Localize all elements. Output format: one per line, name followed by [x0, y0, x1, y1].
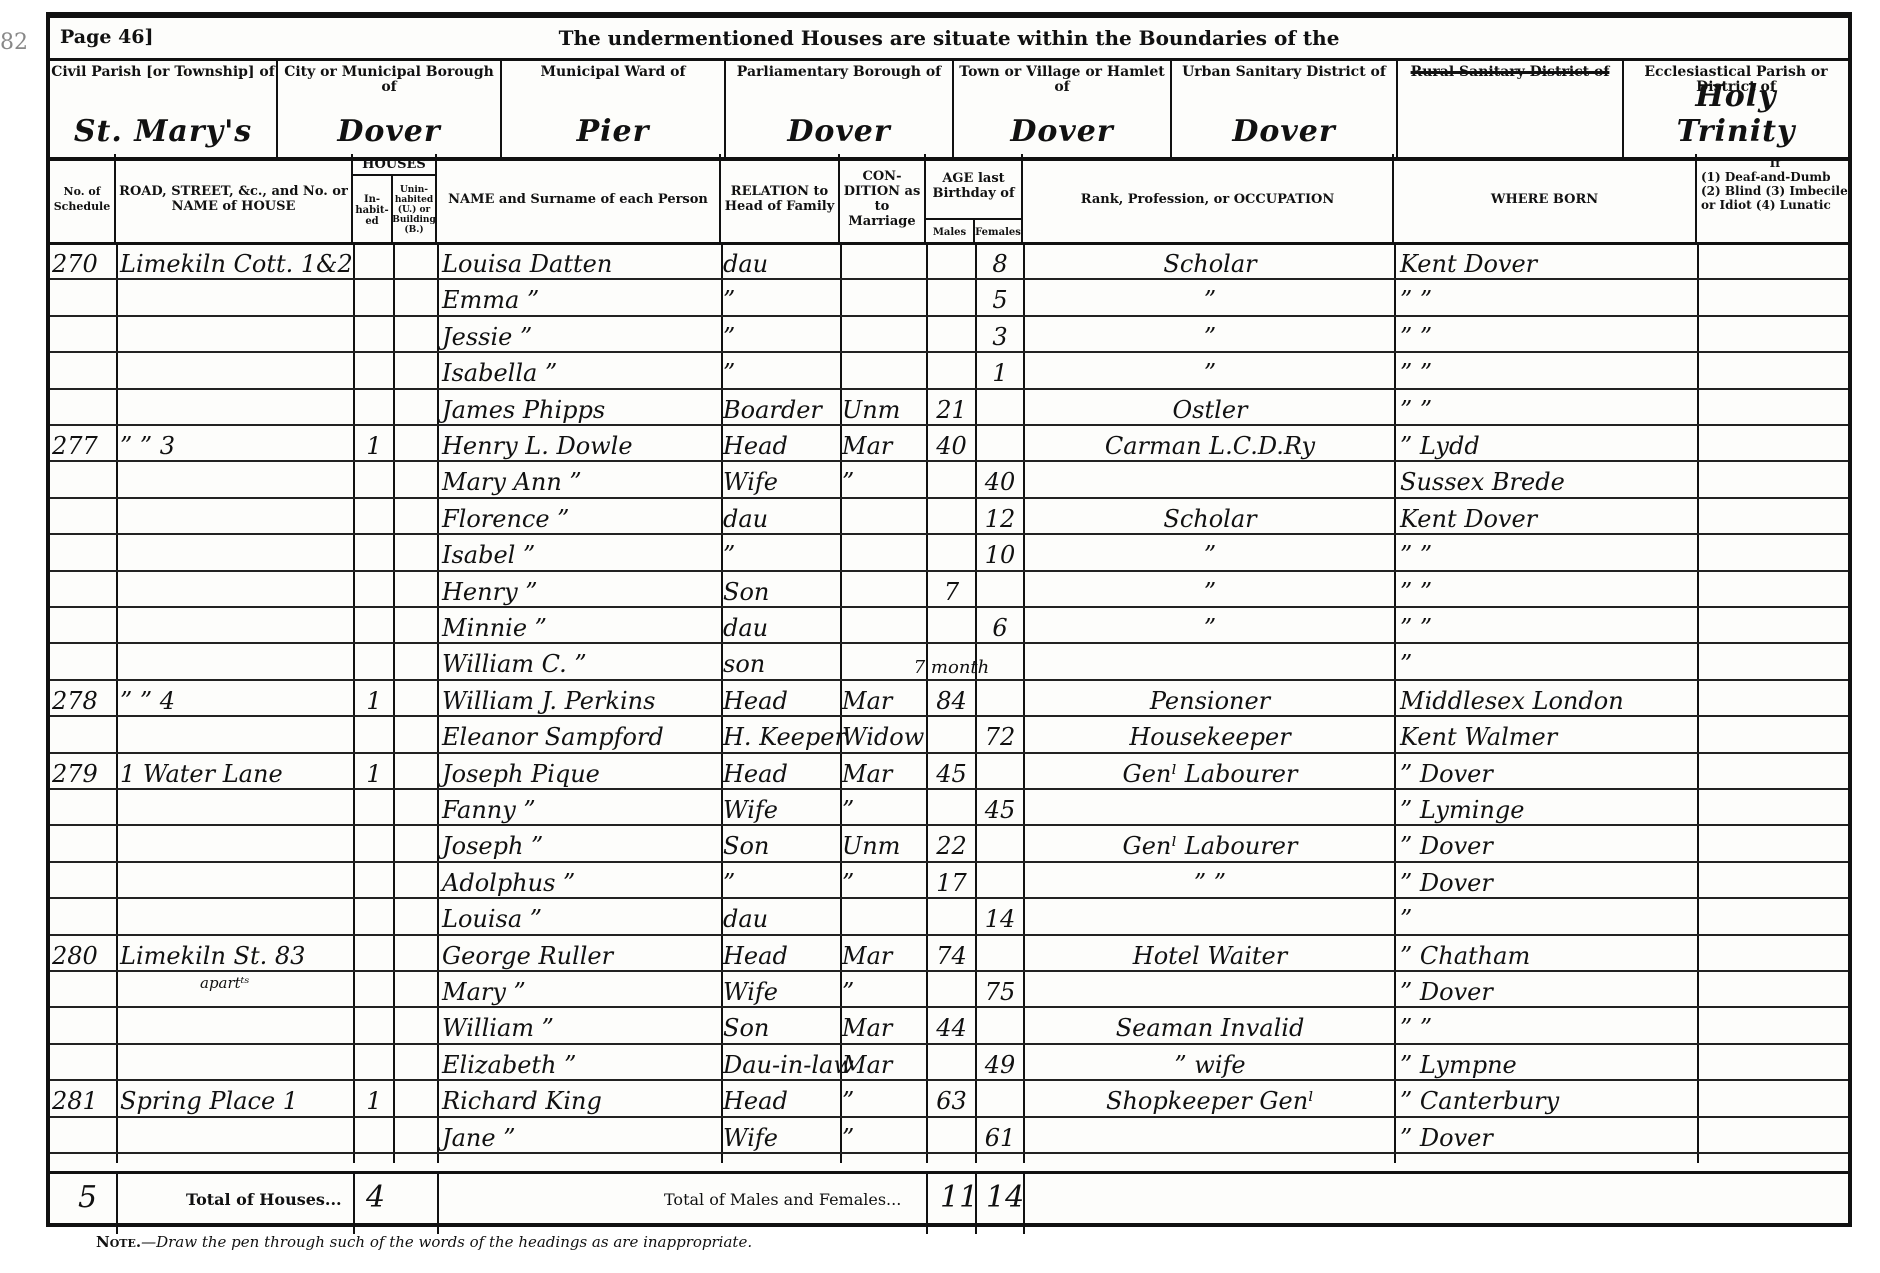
total-females-value: 14: [986, 1180, 1024, 1215]
cell-female-age: 40: [977, 462, 1023, 498]
cell-address: [120, 1008, 350, 1044]
cell-condition: [842, 535, 926, 571]
cell-name: Louisa Datten: [442, 244, 720, 280]
cell-inhabited: 1: [355, 681, 393, 717]
cell-occupation: [1030, 462, 1390, 498]
cell-male-age: [928, 317, 975, 353]
cell-female-age: [977, 681, 1023, 717]
district-ecclesiastical: Ecclesiastical Parish or District of Hol…: [1624, 61, 1848, 157]
cell-relation: Head: [723, 936, 839, 972]
table-row: Jane ”Wife”61” Dover: [50, 1118, 1848, 1154]
cell-relation: ”: [723, 353, 839, 389]
cell-schedule: 277: [52, 426, 116, 462]
cell-condition: ”: [842, 1118, 926, 1154]
col-infirmity: If (1) Deaf-and-Dumb (2) Blind (3) Imbec…: [1697, 154, 1849, 244]
cell-occupation: Seaman Invalid: [1030, 1008, 1390, 1044]
cell-inhabited: [355, 244, 393, 280]
district-parliamentary-borough: Parliamentary Borough of Dover: [726, 61, 954, 157]
cell-occupation: ”: [1030, 535, 1390, 571]
cell-address: [120, 535, 350, 571]
census-table: No. of Schedule ROAD, STREET, &c., and N…: [50, 154, 1848, 1223]
cell-condition: [842, 499, 926, 535]
cell-female-age: 12: [977, 499, 1023, 535]
table-row: Minnie ”dau6”” ”: [50, 608, 1848, 644]
cell-occupation: ” ”: [1030, 863, 1390, 899]
cell-schedule: [52, 717, 116, 753]
cell-male-age: 84: [928, 681, 975, 717]
table-row: 281Spring Place 11Richard KingHead”63Sho…: [50, 1081, 1848, 1117]
cell-name: Henry ”: [442, 572, 720, 608]
divider: [926, 1174, 928, 1234]
cell-condition: Mar: [842, 1045, 926, 1081]
cell-name: Joseph Pique: [442, 754, 720, 790]
cell-name: Richard King: [442, 1081, 720, 1117]
cell-name: James Phipps: [442, 390, 720, 426]
divider: [353, 1174, 355, 1234]
col-condition: CON-DITION as to Marriage: [840, 154, 926, 244]
cell-name: Henry L. Dowle: [442, 426, 720, 462]
district-urban-sanitary: Urban Sanitary District of Dover: [1172, 61, 1398, 157]
district-municipal-ward: Municipal Ward of Pier: [502, 61, 726, 157]
cell-condition: ”: [842, 462, 926, 498]
cell-schedule: [52, 790, 116, 826]
cell-relation: Head: [723, 426, 839, 462]
district-rural-sanitary: Rural Sanitary District of: [1398, 61, 1624, 157]
cell-male-age: [928, 499, 975, 535]
cell-name: Joseph ”: [442, 826, 720, 862]
cell-name: Adolphus ”: [442, 863, 720, 899]
cell-female-age: 1: [977, 353, 1023, 389]
cell-female-age: 49: [977, 1045, 1023, 1081]
cell-male-age: 63: [928, 1081, 975, 1117]
table-row: Adolphus ”””17” ”” Dover: [50, 863, 1848, 899]
cell-condition: [842, 317, 926, 353]
cell-name: George Ruller: [442, 936, 720, 972]
cell-occupation: Scholar: [1030, 244, 1390, 280]
table-row: 278” ” 41William J. PerkinsHeadMar84Pens…: [50, 681, 1848, 717]
cell-schedule: [52, 280, 116, 316]
total-persons-label: Total of Males and Females...: [664, 1190, 901, 1209]
cell-schedule: 270: [52, 244, 116, 280]
cell-birthplace: ” ”: [1400, 317, 1695, 353]
total-houses-value: 4: [366, 1180, 385, 1215]
cell-birthplace: ” Lyminge: [1400, 790, 1695, 826]
cell-address: [120, 572, 350, 608]
cell-occupation: ”: [1030, 353, 1390, 389]
divider: [116, 1174, 118, 1234]
cell-birthplace: Sussex Brede: [1400, 462, 1695, 498]
cell-relation: Wife: [723, 462, 839, 498]
table-row: Joseph ”SonUnm22Genˡ Labourer” Dover: [50, 826, 1848, 862]
cell-address: [120, 790, 350, 826]
cell-inhabited: [355, 863, 393, 899]
cell-occupation: Carman L.C.D.Ry: [1030, 426, 1390, 462]
cell-inhabited: 1: [355, 1081, 393, 1117]
cell-condition: Unm: [842, 390, 926, 426]
cell-female-age: 3: [977, 317, 1023, 353]
cell-female-age: 14: [977, 899, 1023, 935]
cell-female-age: [977, 936, 1023, 972]
cell-birthplace: ” Dover: [1400, 863, 1695, 899]
col-birthplace: WHERE BORN: [1394, 154, 1697, 244]
cell-birthplace: ” Dover: [1400, 754, 1695, 790]
cell-occupation: Shopkeeper Genˡ: [1030, 1081, 1390, 1117]
cell-birthplace: ” Chatham: [1400, 936, 1695, 972]
cell-inhabited: [355, 936, 393, 972]
cell-address: [120, 899, 350, 935]
cell-male-age: 45: [928, 754, 975, 790]
table-row: James PhippsBoarderUnm21Ostler” ”: [50, 390, 1848, 426]
col-females: Females: [975, 220, 1023, 244]
cell-relation: Son: [723, 1008, 839, 1044]
cell-male-age: 74: [928, 936, 975, 972]
cell-occupation: [1030, 644, 1390, 680]
cell-inhabited: [355, 899, 393, 935]
district-town: Town or Village or Hamlet of Dover: [954, 61, 1172, 157]
cell-schedule: [52, 499, 116, 535]
cell-birthplace: ” Lydd: [1400, 426, 1695, 462]
cell-schedule: [52, 1008, 116, 1044]
cell-male-age: [928, 790, 975, 826]
cell-male-age: [928, 717, 975, 753]
cell-address: ” ” 4: [120, 681, 350, 717]
cell-inhabited: [355, 353, 393, 389]
cell-birthplace: ” Dover: [1400, 826, 1695, 862]
cell-occupation: [1030, 899, 1390, 935]
cell-name: William ”: [442, 1008, 720, 1044]
cell-birthplace: ”: [1400, 899, 1695, 935]
cell-inhabited: [355, 644, 393, 680]
cell-name: Jessie ”: [442, 317, 720, 353]
cell-inhabited: [355, 572, 393, 608]
cell-name: Emma ”: [442, 280, 720, 316]
cell-birthplace: ” ”: [1400, 535, 1695, 571]
cell-relation: ”: [723, 317, 839, 353]
cell-address: [120, 644, 350, 680]
cell-condition: ”: [842, 790, 926, 826]
district-header: Civil Parish [or Township] of St. Mary's…: [50, 58, 1848, 161]
cell-schedule: [52, 863, 116, 899]
cell-name: Elizabeth ”: [442, 1045, 720, 1081]
total-houses-label: Total of Houses...: [186, 1190, 342, 1209]
total-schedules: 5: [78, 1180, 97, 1215]
cell-schedule: [52, 390, 116, 426]
cell-female-age: 75: [977, 972, 1023, 1008]
cell-name: Eleanor Sampford: [442, 717, 720, 753]
table-row: Isabella ””1”” ”: [50, 353, 1848, 389]
cell-male-age: [928, 462, 975, 498]
cell-relation: ”: [723, 863, 839, 899]
cell-schedule: 278: [52, 681, 116, 717]
cell-name: Jane ”: [442, 1118, 720, 1154]
cell-schedule: [52, 572, 116, 608]
cell-inhabited: [355, 790, 393, 826]
cell-condition: [842, 572, 926, 608]
cell-condition: Mar: [842, 754, 926, 790]
cell-relation: ”: [723, 280, 839, 316]
cell-occupation: Genˡ Labourer: [1030, 754, 1390, 790]
census-sheet: Page 46] The undermentioned Houses are s…: [46, 12, 1852, 1227]
cell-name: Minnie ”: [442, 608, 720, 644]
cell-male-age: [928, 608, 975, 644]
cell-occupation: ” wife: [1030, 1045, 1390, 1081]
cell-occupation: [1030, 790, 1390, 826]
cell-male-age: 44: [928, 1008, 975, 1044]
cell-male-age: [928, 244, 975, 280]
cell-address: [120, 280, 350, 316]
table-row: Louisa ”dau14”: [50, 899, 1848, 935]
cell-name: Mary Ann ”: [442, 462, 720, 498]
cell-relation: Head: [723, 681, 839, 717]
table-row: 280Limekiln St. 83George RullerHeadMar74…: [50, 936, 1848, 972]
page-edge-mark: 82: [0, 30, 28, 55]
cell-female-age: 6: [977, 608, 1023, 644]
cell-birthplace: ” Canterbury: [1400, 1081, 1695, 1117]
cell-name: Fanny ”: [442, 790, 720, 826]
cell-address: [120, 390, 350, 426]
cell-address: [120, 353, 350, 389]
cell-address: [120, 972, 350, 1008]
cell-condition: [842, 244, 926, 280]
cell-condition: ”: [842, 1081, 926, 1117]
cell-name: Isabella ”: [442, 353, 720, 389]
table-row: William ”SonMar44Seaman Invalid” ”: [50, 1008, 1848, 1044]
cell-name: Isabel ”: [442, 535, 720, 571]
cell-birthplace: Middlesex London: [1400, 681, 1695, 717]
cell-relation: Son: [723, 826, 839, 862]
cell-relation: dau: [723, 608, 839, 644]
cell-birthplace: ” Dover: [1400, 1118, 1695, 1154]
cell-schedule: [52, 462, 116, 498]
cell-condition: Mar: [842, 426, 926, 462]
cell-inhabited: [355, 462, 393, 498]
cell-female-age: [977, 1081, 1023, 1117]
cell-occupation: [1030, 972, 1390, 1008]
table-row: 270Limekiln Cott. 1&2Louisa Dattendau8Sc…: [50, 244, 1848, 280]
cell-schedule: [52, 899, 116, 935]
cell-condition: ”: [842, 972, 926, 1008]
cell-address: [120, 1118, 350, 1154]
cell-condition: Unm: [842, 826, 926, 862]
cell-birthplace: Kent Dover: [1400, 499, 1695, 535]
cell-occupation: ”: [1030, 572, 1390, 608]
totals-row: 5 Total of Houses... 4 Total of Males an…: [50, 1171, 1848, 1234]
cell-inhabited: [355, 972, 393, 1008]
cell-male-age: [928, 1045, 975, 1081]
cell-inhabited: [355, 1118, 393, 1154]
col-occupation: Rank, Profession, or OCCUPATION: [1023, 154, 1394, 244]
cell-birthplace: ” Dover: [1400, 972, 1695, 1008]
cell-relation: Wife: [723, 790, 839, 826]
divider: [437, 1174, 439, 1234]
cell-female-age: [977, 390, 1023, 426]
cell-occupation: [1030, 1118, 1390, 1154]
cell-address: Limekiln Cott. 1&2: [120, 244, 350, 280]
cell-inhabited: 1: [355, 426, 393, 462]
cell-schedule: [52, 535, 116, 571]
col-schedule: No. of Schedule: [50, 154, 116, 244]
table-row: Isabel ””10”” ”: [50, 535, 1848, 571]
cell-relation: Head: [723, 1081, 839, 1117]
cell-schedule: [52, 972, 116, 1008]
cell-address: [120, 317, 350, 353]
table-row: Mary Ann ”Wife”40Sussex Brede: [50, 462, 1848, 498]
col-address: ROAD, STREET, &c., and No. or NAME of HO…: [116, 154, 353, 244]
cell-address: [120, 499, 350, 535]
cell-condition: Mar: [842, 681, 926, 717]
cell-inhabited: [355, 499, 393, 535]
cell-male-age: [928, 972, 975, 1008]
cell-inhabited: [355, 280, 393, 316]
cell-male-age: 7: [928, 572, 975, 608]
col-relation: RELATION to Head of Family: [721, 154, 840, 244]
cell-birthplace: ” Lympne: [1400, 1045, 1695, 1081]
cell-inhabited: [355, 1008, 393, 1044]
cell-inhabited: [355, 826, 393, 862]
cell-female-age: 8: [977, 244, 1023, 280]
cell-male-age: 7 month: [928, 644, 975, 680]
cell-birthplace: Kent Dover: [1400, 244, 1695, 280]
cell-male-age: [928, 535, 975, 571]
cell-female-age: [977, 644, 1023, 680]
cell-relation: Dau-in-law: [723, 1045, 839, 1081]
cell-condition: [842, 280, 926, 316]
cell-relation: Wife: [723, 1118, 839, 1154]
cell-schedule: [52, 353, 116, 389]
cell-occupation: ”: [1030, 280, 1390, 316]
page-banner: The undermentioned Houses are situate wi…: [50, 26, 1848, 50]
cell-occupation: Pensioner: [1030, 681, 1390, 717]
col-houses: HOUSES: [353, 154, 437, 176]
cell-address: Spring Place 1: [120, 1081, 350, 1117]
cell-address: [120, 608, 350, 644]
cell-occupation: Hotel Waiter: [1030, 936, 1390, 972]
cell-condition: Mar: [842, 1008, 926, 1044]
cell-name: Florence ”: [442, 499, 720, 535]
cell-occupation: ”: [1030, 317, 1390, 353]
table-row: 277” ” 31Henry L. DowleHeadMar40Carman L…: [50, 426, 1848, 462]
cell-female-age: 10: [977, 535, 1023, 571]
cell-male-age: 40: [928, 426, 975, 462]
cell-female-age: [977, 572, 1023, 608]
cell-male-age: 22: [928, 826, 975, 862]
table-row: Jessie ””3”” ”: [50, 317, 1848, 353]
cell-birthplace: ”: [1400, 644, 1695, 680]
cell-relation: dau: [723, 899, 839, 935]
cell-inhabited: [355, 535, 393, 571]
cell-inhabited: 1: [355, 754, 393, 790]
cell-occupation: Genˡ Labourer: [1030, 826, 1390, 862]
col-inhabited: In-habit-ed: [353, 176, 393, 244]
cell-schedule: [52, 644, 116, 680]
cell-address: [120, 717, 350, 753]
cell-schedule: [52, 826, 116, 862]
col-uninhabited: Unin-habited (U.) or Building (B.): [393, 176, 437, 244]
cell-condition: [842, 899, 926, 935]
table-row: 2791 Water Lane1Joseph PiqueHeadMar45Gen…: [50, 754, 1848, 790]
cell-male-age: [928, 280, 975, 316]
cell-schedule: 281: [52, 1081, 116, 1117]
cell-occupation: Scholar: [1030, 499, 1390, 535]
cell-female-age: [977, 863, 1023, 899]
cell-female-age: [977, 426, 1023, 462]
cell-female-age: [977, 1008, 1023, 1044]
cell-birthplace: ” ”: [1400, 280, 1695, 316]
cell-relation: son: [723, 644, 839, 680]
cell-address: ” ” 3: [120, 426, 350, 462]
cell-birthplace: Kent Walmer: [1400, 717, 1695, 753]
cell-male-age: [928, 899, 975, 935]
cell-condition: ”: [842, 863, 926, 899]
cell-schedule: 279: [52, 754, 116, 790]
col-name: NAME and Surname of each Person: [437, 154, 721, 244]
cell-female-age: 61: [977, 1118, 1023, 1154]
col-males: Males: [926, 220, 975, 244]
cell-name: William C. ”: [442, 644, 720, 680]
col-age: AGE last Birthday of: [926, 154, 1023, 220]
table-row: Elizabeth ”Dau-in-lawMar49” wife” Lympne: [50, 1045, 1848, 1081]
cell-relation: ”: [723, 535, 839, 571]
cell-address: [120, 1045, 350, 1081]
cell-female-age: [977, 826, 1023, 862]
table-row: Florence ”dau12ScholarKent Dover: [50, 499, 1848, 535]
cell-occupation: Housekeeper: [1030, 717, 1390, 753]
table-row: Henry ”Son7”” ”: [50, 572, 1848, 608]
cell-condition: Mar: [842, 936, 926, 972]
cell-condition: Widow: [842, 717, 926, 753]
cell-schedule: 280: [52, 936, 116, 972]
cell-male-age: [928, 353, 975, 389]
table-row: Emma ””5”” ”: [50, 280, 1848, 316]
table-row: Fanny ”Wife”45” Lyminge: [50, 790, 1848, 826]
district-civil-parish: Civil Parish [or Township] of St. Mary's: [50, 61, 278, 157]
table-row: Mary ”Wife”75” Dover: [50, 972, 1848, 1008]
table-row: Eleanor SampfordH. KeeperWidow72Housekee…: [50, 717, 1848, 753]
cell-birthplace: ” ”: [1400, 608, 1695, 644]
cell-male-age: 17: [928, 863, 975, 899]
cell-address: [120, 863, 350, 899]
cell-birthplace: ” ”: [1400, 390, 1695, 426]
cell-inhabited: [355, 390, 393, 426]
cell-relation: Boarder: [723, 390, 839, 426]
cell-birthplace: ” ”: [1400, 353, 1695, 389]
cell-inhabited: [355, 608, 393, 644]
district-municipal-borough: City or Municipal Borough of Dover: [278, 61, 502, 157]
cell-schedule: [52, 317, 116, 353]
cell-name: William J. Perkins: [442, 681, 720, 717]
cell-relation: dau: [723, 244, 839, 280]
footnote: Note.—Draw the pen through such of the w…: [96, 1233, 752, 1251]
cell-relation: dau: [723, 499, 839, 535]
cell-inhabited: [355, 317, 393, 353]
cell-name: Louisa ”: [442, 899, 720, 935]
cell-occupation: Ostler: [1030, 390, 1390, 426]
cell-birthplace: ” ”: [1400, 1008, 1695, 1044]
cell-female-age: [977, 754, 1023, 790]
cell-schedule: [52, 1045, 116, 1081]
cell-male-age: [928, 1118, 975, 1154]
cell-birthplace: ” ”: [1400, 572, 1695, 608]
cell-address: [120, 826, 350, 862]
cell-relation: Head: [723, 754, 839, 790]
cell-relation: Wife: [723, 972, 839, 1008]
cell-schedule: [52, 608, 116, 644]
cell-relation: Son: [723, 572, 839, 608]
cell-schedule: [52, 1118, 116, 1154]
cell-address: [120, 462, 350, 498]
cell-relation: H. Keeper: [723, 717, 839, 753]
cell-female-age: 45: [977, 790, 1023, 826]
